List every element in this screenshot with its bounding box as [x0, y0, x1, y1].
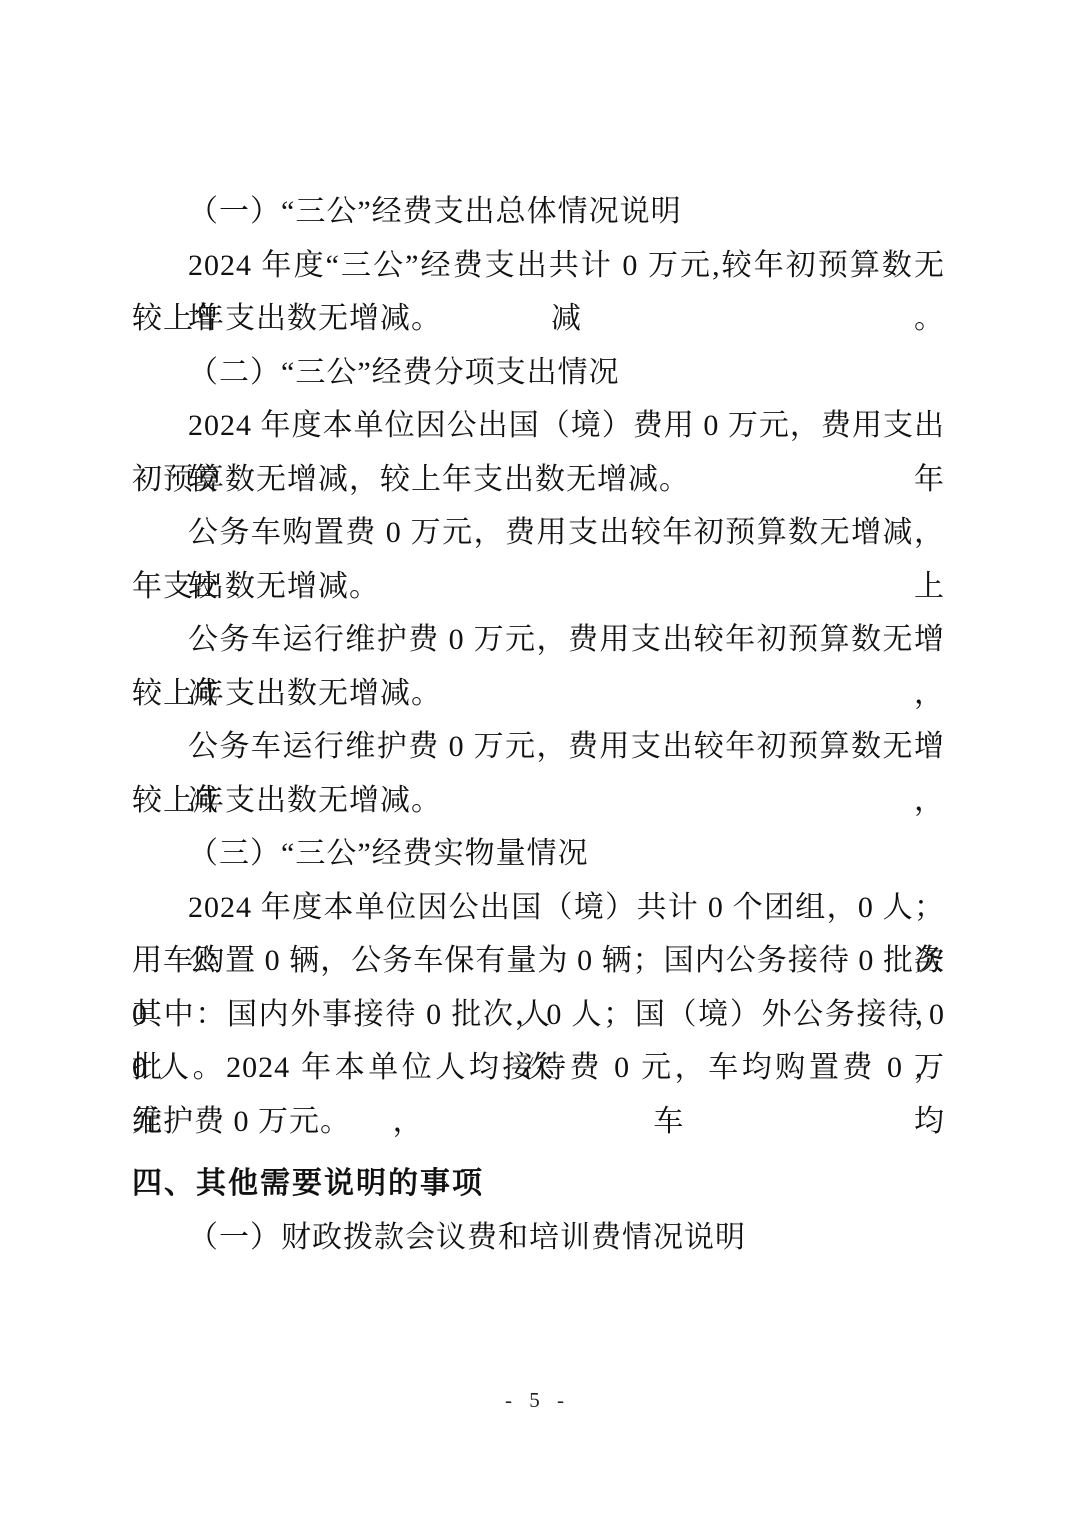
- paragraph-line: 2024 年度本单位因公出国（境）共计 0 个团组，0 人；公务: [132, 881, 945, 935]
- paragraph-line: 公务车运行维护费 0 万元，费用支出较年初预算数无增减，: [132, 720, 945, 774]
- subsection-heading-3: （三）“三公”经费实物量情况: [132, 827, 945, 881]
- paragraph-line: 2024 年度“三公”经费支出共计 0 万元,较年初预算数无增减。: [132, 239, 945, 293]
- subsection-heading-2: （二）“三公”经费分项支出情况: [132, 346, 945, 400]
- paragraph-line: 公务车购置费 0 万元，费用支出较年初预算数无增减，较上: [132, 506, 945, 560]
- paragraph-line: 其中：国内外事接待 0 批次，0 人；国（境）外公务接待 0 批次，: [132, 988, 945, 1042]
- paragraph-line: 0 人。2024 年本单位人均接待费 0 元，车均购置费 0 万元，车均: [132, 1041, 945, 1095]
- paragraph-line: 公务车运行维护费 0 万元，费用支出较年初预算数无增减，: [132, 613, 945, 667]
- section-heading-other-items: 四、其他需要说明的事项: [132, 1157, 945, 1211]
- document-page: （一）“三公”经费支出总体情况说明 2024 年度“三公”经费支出共计 0 万元…: [0, 0, 1075, 1520]
- paragraph-line: 用车购置 0 辆，公务车保有量为 0 辆；国内公务接待 0 批次 0 人，: [132, 934, 945, 988]
- subsection-heading-1: （一）“三公”经费支出总体情况说明: [132, 185, 945, 239]
- page-number: - 5 -: [0, 1388, 1075, 1413]
- document-body: （一）“三公”经费支出总体情况说明 2024 年度“三公”经费支出共计 0 万元…: [132, 185, 945, 1264]
- paragraph-line: 2024 年度本单位因公出国（境）费用 0 万元，费用支出较年: [132, 399, 945, 453]
- subsection-heading-meeting-training: （一）财政拨款会议费和培训费情况说明: [132, 1211, 945, 1265]
